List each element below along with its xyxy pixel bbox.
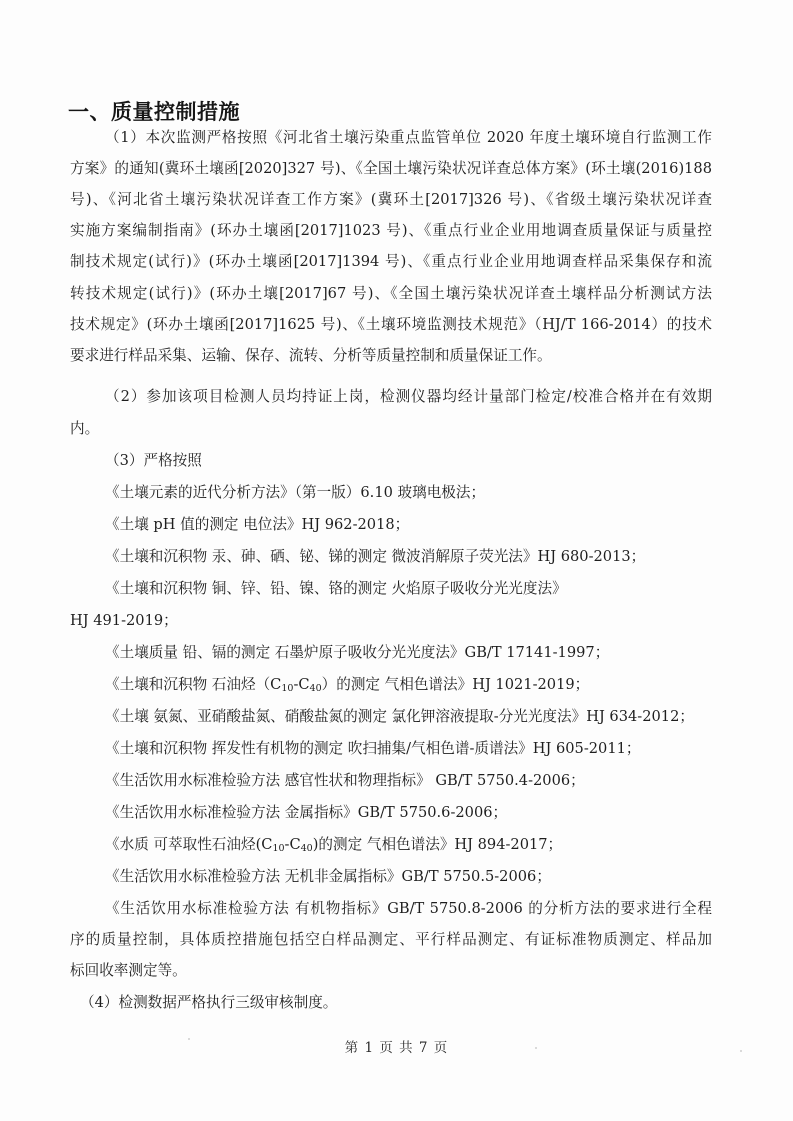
closing-line: 序的质量控制，具体质控措施包括空白样品测定、平行样品测定、有证标准物质测定、样品… [70, 930, 712, 950]
subscript: 40 [310, 683, 322, 694]
scan-speck [740, 1050, 742, 1052]
item1-line: 方案》的通知(冀环土壤函[2020]327 号)、《全国土壤污染状况详查总体方案… [70, 159, 712, 179]
item1-line: 要求进行样品采集、运输、保存、流转、分析等质量控制和质量保证工作。 [70, 346, 552, 366]
method-line: 《土壤和沉积物 汞、砷、硒、铋、锑的测定 微波消解原子荧光法》HJ 680-20… [105, 547, 645, 567]
page-number: 第 1 页 共 7 页 [0, 1036, 793, 1056]
method-text: -C [285, 836, 301, 853]
subscript: 10 [281, 683, 293, 694]
method-line: 《生活饮用水标准检验方法 金属指标》GB/T 5750.6-2006； [105, 803, 507, 823]
method-line: 《水质 可萃取性石油烃(C10-C40)的测定 气相色谱法》HJ 894-201… [105, 835, 562, 859]
item1-line: 制技术规定(试行)》(环办土壤函[2017]1394 号)、《重点行业企业用地调… [70, 252, 712, 272]
method-line: 《土壤和沉积物 挥发性有机物的测定 吹扫捕集/气相色谱-质谱法》HJ 605-2… [105, 739, 641, 759]
item2-line: （2）参加该项目检测人员均持证上岗，检测仪器均经计量部门检定/校准合格并在有效期 [105, 387, 712, 407]
method-line: 《土壤和沉积物 铜、锌、铅、镍、铬的测定 火焰原子吸收分光光度法》 [105, 579, 567, 599]
method-text: 《土壤和沉积物 石油烃（C [105, 676, 281, 693]
method-line: 《土壤元素的近代分析方法》（第一版）6.10 玻璃电极法； [105, 483, 485, 503]
item1-line: （1）本次监测严格按照《河北省土壤污染重点监管单位 2020 年度土壤环境自行监… [105, 128, 712, 148]
method-line: 《土壤质量 铅、镉的测定 石墨炉原子吸收分光光度法》GB/T 17141-199… [105, 643, 609, 663]
closing-line: 《生活饮用水标准检验方法 有机物指标》GB/T 5750.8-2006 的分析方… [105, 899, 712, 919]
item1-line: 转技术规定(试行)》(环办土壤[2017]67 号)、《全国土壤污染状况详查土壤… [70, 284, 712, 304]
method-line: 《土壤和沉积物 石油烃（C10-C40）的测定 气相色谱法》HJ 1021-20… [105, 675, 589, 699]
method-line: HJ 491-2019； [70, 611, 178, 631]
method-line: 《生活饮用水标准检验方法 感官性状和物理指标》 GB/T 5750.4-2006… [105, 771, 585, 791]
subscript: 40 [301, 843, 313, 854]
item4-text: （4）检测数据严格执行三级审核制度。 [80, 993, 337, 1013]
method-line: 《生活饮用水标准检验方法 无机非金属指标》GB/T 5750.5-2006； [105, 867, 551, 887]
section-title: 一、质量控制措施 [68, 96, 240, 126]
method-text: ）的测定 气相色谱法》HJ 1021-2019； [322, 676, 590, 693]
method-text: 《水质 可萃取性石油烃(C [105, 836, 272, 853]
method-text: )的测定 气相色谱法》HJ 894-2017； [313, 836, 562, 853]
document-page: 一、质量控制措施 （1）本次监测严格按照《河北省土壤污染重点监管单位 2020 … [0, 0, 793, 1121]
item1-line: 实施方案编制指南》(环办土壤函[2017]1023 号)、《重点行业企业用地调查… [70, 221, 712, 241]
scan-speck [188, 1038, 190, 1040]
subscript: 10 [272, 843, 284, 854]
method-line: 《土壤 pH 值的测定 电位法》HJ 962-2018； [105, 515, 409, 535]
method-line: 《土壤 氨氮、亚硝酸盐氮、硝酸盐氮的测定 氯化钾溶液提取-分光光度法》HJ 63… [105, 707, 694, 727]
item3-intro: （3）严格按照 [105, 451, 202, 471]
item1-line: 技术规定》(环办土壤函[2017]1625 号)、《土壤环境监测技术规范》（HJ… [70, 315, 712, 335]
scan-speck [535, 1047, 537, 1049]
closing-line: 标回收率测定等。 [70, 961, 187, 981]
item1-line: 号)、《河北省土壤污染状况详查工作方案》(冀环土[2017]326 号)、《省级… [70, 190, 712, 210]
method-text: -C [293, 676, 309, 693]
item2-line: 内。 [70, 419, 99, 439]
